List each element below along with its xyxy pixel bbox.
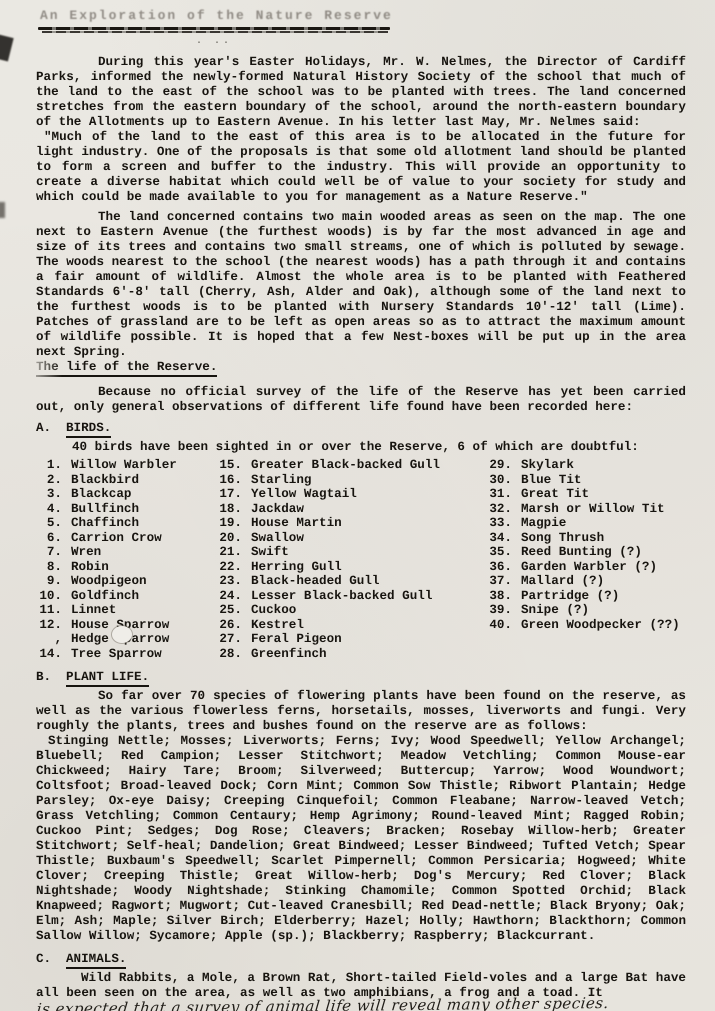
bird-name: Green Woodpecker (??) <box>521 618 680 632</box>
bird-number: 34. <box>486 531 512 546</box>
bird-name: Mallard (?) <box>521 574 604 588</box>
bird-number: 5. <box>36 516 62 531</box>
section-a-label: A. <box>36 421 66 436</box>
plant-species-list: Stinging Nettle; Mosses; Liverworts; Fer… <box>36 734 686 944</box>
birds-intro-line: 40 birds have been sighted in or over th… <box>36 440 686 455</box>
bird-name: Yellow Wagtail <box>251 487 357 501</box>
bird-list-item: 34.Song Thrush <box>486 531 686 546</box>
letter-quote-paragraph: "Much of the land to the east of this ar… <box>36 130 686 205</box>
bird-number: 33. <box>486 516 512 531</box>
survey-note-paragraph: Because no official survey of the life o… <box>36 385 686 415</box>
bird-name: Feral Pigeon <box>251 632 342 646</box>
bird-name: Swift <box>251 545 289 559</box>
bird-number: 36. <box>486 560 512 575</box>
bird-name: Woodpigeon <box>71 574 147 588</box>
life-of-reserve-heading: The life of the Reserve. <box>36 360 217 377</box>
bird-name: Wren <box>71 545 101 559</box>
bird-list-item: 22.Herring Gull <box>216 560 486 575</box>
bird-name: Black-headed Gull <box>251 574 379 588</box>
bird-name: Linnet <box>71 603 116 617</box>
scan-smudge-left-edge <box>0 202 5 218</box>
bird-name: Tree Sparrow <box>71 647 162 661</box>
document-body: During this year's Easter Holidays, Mr. … <box>36 55 686 1011</box>
bird-number: 18. <box>216 502 242 517</box>
section-b-heading: PLANT LIFE. <box>66 670 149 687</box>
bird-list-item: 11.Linnet <box>36 603 216 618</box>
bird-list-item: 23.Black-headed Gull <box>216 574 486 589</box>
bird-list-column-2: 15.Greater Black-backed Gull16.Starling1… <box>216 458 486 661</box>
bird-list: 1.Willow Warbler2.Blackbird3.Blackcap4.B… <box>36 458 686 661</box>
bird-list-item: 30.Blue Tit <box>486 473 686 488</box>
bird-name: Blue Tit <box>521 473 581 487</box>
bird-name: Skylark <box>521 458 574 472</box>
section-a-heading-row: A.BIRDS. <box>36 421 686 440</box>
section-b-heading-row: B.PLANT LIFE. <box>36 670 686 689</box>
bird-list-item: 40.Green Woodpecker (??) <box>486 618 686 633</box>
bird-list-item: 4.Bullfinch <box>36 502 216 517</box>
bird-number: 17. <box>216 487 242 502</box>
bird-number: 19. <box>216 516 242 531</box>
scan-smudge-top-left <box>0 35 14 62</box>
bird-list-item: 25.Cuckoo <box>216 603 486 618</box>
bird-list-item: 38.Partridge (?) <box>486 589 686 604</box>
section-c-label: C. <box>36 952 66 967</box>
section-c-heading: ANIMALS. <box>66 952 126 969</box>
bird-list-item: 20.Swallow <box>216 531 486 546</box>
bird-name: Partridge (?) <box>521 589 619 603</box>
bird-number: 14. <box>36 647 62 662</box>
bird-number: 20. <box>216 531 242 546</box>
section-c-heading-row: C.ANIMALS. <box>36 952 686 971</box>
bird-name: Swallow <box>251 531 304 545</box>
life-of-reserve-heading-row: The life of the Reserve. <box>36 360 686 379</box>
bird-number: 40. <box>486 618 512 633</box>
bird-name: Song Thrush <box>521 531 604 545</box>
bird-number: 29. <box>486 458 512 473</box>
bird-list-item: 21.Swift <box>216 545 486 560</box>
bird-number: 30. <box>486 473 512 488</box>
bird-name: Marsh or Willow Tit <box>521 502 665 516</box>
bird-number: 11. <box>36 603 62 618</box>
bird-list-item: 35.Reed Bunting (?) <box>486 545 686 560</box>
bird-number: 28. <box>216 647 242 662</box>
bird-number: 32. <box>486 502 512 517</box>
bird-list-item: 9.Woodpigeon <box>36 574 216 589</box>
bird-number: 31. <box>486 487 512 502</box>
bird-list-item: 16.Starling <box>216 473 486 488</box>
bird-list-item: 36.Garden Warbler (?) <box>486 560 686 575</box>
bird-list-item: 5.Chaffinch <box>36 516 216 531</box>
bird-list-item: 2.Blackbird <box>36 473 216 488</box>
bird-list-item: 37.Mallard (?) <box>486 574 686 589</box>
bird-number: 24. <box>216 589 242 604</box>
plants-intro-paragraph: So far over 70 species of flowering plan… <box>36 689 686 734</box>
bird-name: Greenfinch <box>251 647 327 661</box>
bird-number: 9. <box>36 574 62 589</box>
bird-number: 22. <box>216 560 242 575</box>
section-b-label: B. <box>36 670 66 685</box>
bird-list-item: 31.Great Tit <box>486 487 686 502</box>
bird-number: 23. <box>216 574 242 589</box>
bird-list-item: 3.Blackcap <box>36 487 216 502</box>
section-a-heading: BIRDS. <box>66 421 111 438</box>
bird-number: 2. <box>36 473 62 488</box>
bird-number: 37. <box>486 574 512 589</box>
bird-list-item: 1.Willow Warbler <box>36 458 216 473</box>
bird-number: 15. <box>216 458 242 473</box>
scan-artifact-dots: · ·· <box>196 36 232 51</box>
bird-list-item: 32.Marsh or Willow Tit <box>486 502 686 517</box>
bird-name: Blackcap <box>71 487 131 501</box>
bird-number: 39. <box>486 603 512 618</box>
bird-name: Bullfinch <box>71 502 139 516</box>
bird-name: Starling <box>251 473 311 487</box>
bird-name: Lesser Black-backed Gull <box>251 589 432 603</box>
bird-number: 8. <box>36 560 62 575</box>
bird-list-item: 10.Goldfinch <box>36 589 216 604</box>
bird-name: Jackdaw <box>251 502 304 516</box>
bird-name: Goldfinch <box>71 589 139 603</box>
bird-number: 35. <box>486 545 512 560</box>
bird-number: 27. <box>216 632 242 647</box>
page-title: An Exploration of the Nature Reserve <box>40 8 393 23</box>
bird-number: , <box>36 632 62 647</box>
bird-number: 3. <box>36 487 62 502</box>
bird-name: Garden Warbler (?) <box>521 560 657 574</box>
bird-number: 26. <box>216 618 242 633</box>
bird-number: 21. <box>216 545 242 560</box>
bird-name: Cuckoo <box>251 603 296 617</box>
bird-list-item: 33.Magpie <box>486 516 686 531</box>
bird-number: 12. <box>36 618 62 633</box>
bird-list-item: 15.Greater Black-backed Gull <box>216 458 486 473</box>
bird-name: House Martin <box>251 516 342 530</box>
bird-name: Herring Gull <box>251 560 342 574</box>
bird-number: 38. <box>486 589 512 604</box>
scan-blotch-over-item-13 <box>112 626 132 643</box>
bird-number: 7. <box>36 545 62 560</box>
bird-name: Robin <box>71 560 109 574</box>
bird-name: Magpie <box>521 516 566 530</box>
bird-list-item: 29.Skylark <box>486 458 686 473</box>
bird-list-item: 39.Snipe (?) <box>486 603 686 618</box>
bird-name: Great Tit <box>521 487 589 501</box>
bird-name: Carrion Crow <box>71 531 162 545</box>
bird-number: 1. <box>36 458 62 473</box>
bird-list-item: 19.House Martin <box>216 516 486 531</box>
bird-name: Chaffinch <box>71 516 139 530</box>
bird-list-item: 24.Lesser Black-backed Gull <box>216 589 486 604</box>
bird-number: 10. <box>36 589 62 604</box>
land-description-paragraph: The land concerned contains two main woo… <box>36 210 686 360</box>
bird-list-item: 14.Tree Sparrow <box>36 647 216 662</box>
bird-list-item: 18.Jackdaw <box>216 502 486 517</box>
bird-list-item: 27.Feral Pigeon <box>216 632 486 647</box>
bird-list-item: 26.Kestrel <box>216 618 486 633</box>
bird-number: 16. <box>216 473 242 488</box>
bird-list-item: 28.Greenfinch <box>216 647 486 662</box>
title-underline-decoration <box>38 27 390 30</box>
intro-paragraph: During this year's Easter Holidays, Mr. … <box>36 55 686 130</box>
bird-name: Kestrel <box>251 618 304 632</box>
scanned-document-page: An Exploration of the Nature Reserve · ·… <box>0 0 715 1011</box>
title-underline-decoration-2 <box>42 31 388 33</box>
bird-number: 4. <box>36 502 62 517</box>
bird-name: Greater Black-backed Gull <box>251 458 440 472</box>
bird-number: 25. <box>216 603 242 618</box>
bird-number: 6. <box>36 531 62 546</box>
bird-name: Snipe (?) <box>521 603 589 617</box>
bird-name: Reed Bunting (?) <box>521 545 642 559</box>
bird-list-item: 17.Yellow Wagtail <box>216 487 486 502</box>
bird-list-item: 7.Wren <box>36 545 216 560</box>
bird-name: Willow Warbler <box>71 458 177 472</box>
bird-list-item: 6.Carrion Crow <box>36 531 216 546</box>
bird-list-item: 8.Robin <box>36 560 216 575</box>
bird-name: Blackbird <box>71 473 139 487</box>
bird-list-column-3: 29.Skylark30.Blue Tit31.Great Tit32.Mars… <box>486 458 686 661</box>
